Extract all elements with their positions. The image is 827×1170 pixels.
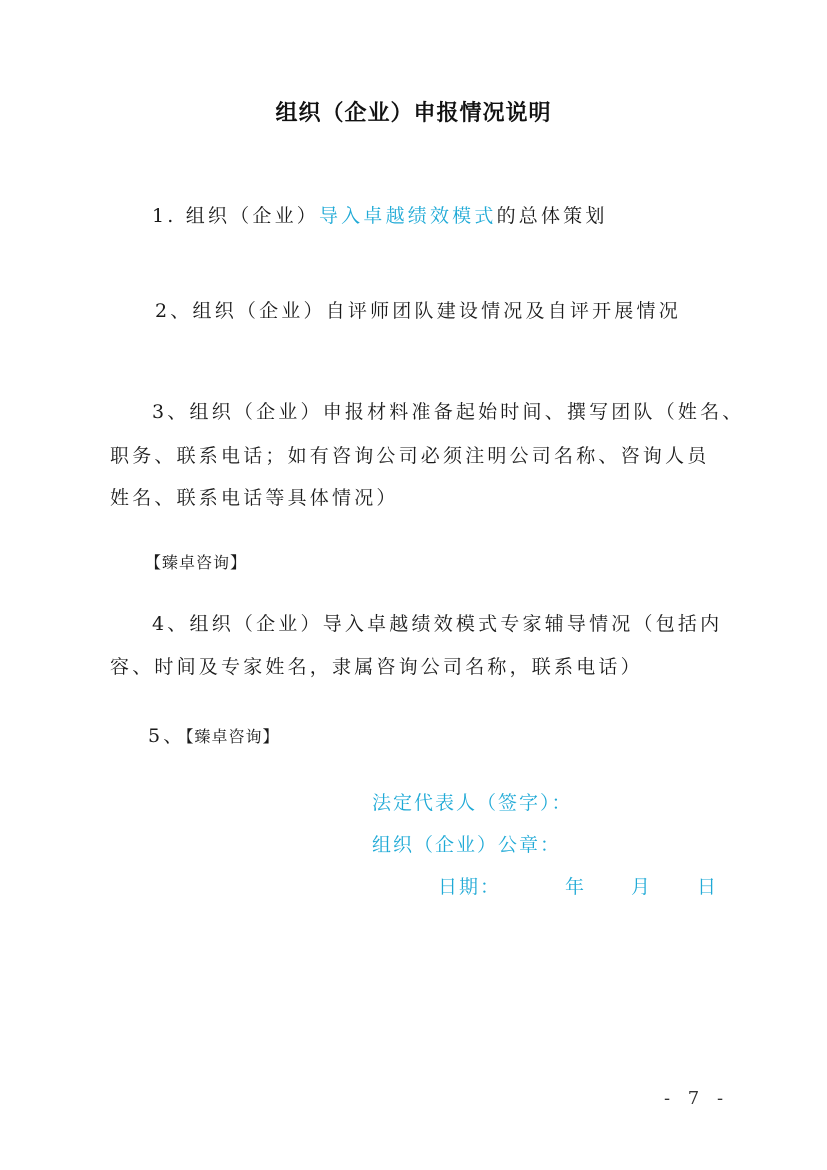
item-3-line-1: 3、组织（企业）申报材料准备起始时间、撰写团队（姓名、 xyxy=(152,392,745,432)
date-day-label: 日 xyxy=(697,872,718,899)
item-4-line-1: 4、组织（企业）导入卓越绩效模式专家辅导情况（包括内 xyxy=(152,604,722,644)
item-5: 5、【臻卓咨询】 xyxy=(148,716,280,756)
legal-representative-signature-label: 法定代表人（签字）： xyxy=(372,788,573,815)
item-3-line-3: 姓名、联系电话等具体情况） xyxy=(110,478,399,518)
item-3-line-2: 职务、联系电话；如有咨询公司必须注明公司名称、咨询人员 xyxy=(110,436,709,476)
document-title: 组织（企业）申报情况说明 xyxy=(0,96,827,127)
item-1: 1. 组织（企业）导入卓越绩效模式的总体策划 xyxy=(152,196,608,236)
consulting-tag: 【臻卓咨询】 xyxy=(145,550,247,573)
company-seal-label: 组织（企业）公章： xyxy=(372,830,561,857)
item-4-line-2: 容、时间及专家姓名，隶属咨询公司名称，联系电话） xyxy=(110,647,643,687)
item-5-consulting-tag: 【臻卓咨询】 xyxy=(186,727,280,746)
item-1-suffix: 的总体策划 xyxy=(497,205,608,227)
date-year-label: 年 xyxy=(565,872,586,899)
date-label: 日期： xyxy=(438,872,501,899)
date-month-label: 月 xyxy=(631,872,652,899)
item-5-prefix: 5、 xyxy=(148,725,186,747)
item-1-highlight: 导入卓越绩效模式 xyxy=(319,205,497,227)
page-number: - 7 - xyxy=(664,1088,729,1109)
item-1-prefix: 1. 组织（企业） xyxy=(152,205,319,227)
item-2: 2、组织（企业）自评师团队建设情况及自评开展情况 xyxy=(155,291,681,331)
